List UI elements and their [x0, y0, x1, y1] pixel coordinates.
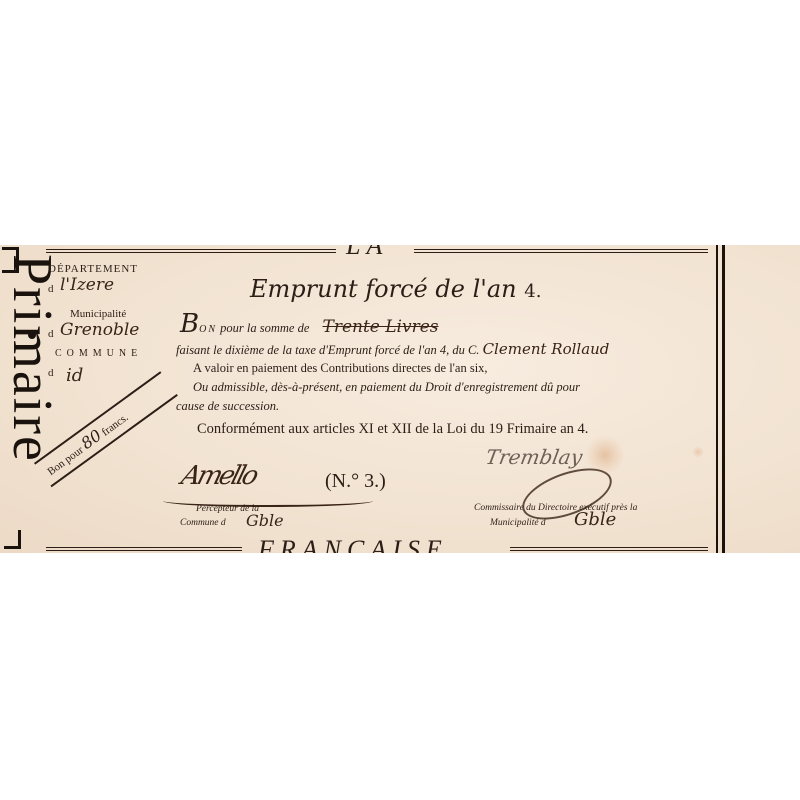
- bond-title-text: Emprunt forcé de l'an: [250, 275, 517, 303]
- commissaire-location: Gble: [574, 509, 616, 530]
- top-rule-right: [414, 249, 708, 253]
- commissaire-signature: Tremblay: [484, 445, 584, 469]
- bond-title-year: 4.: [524, 281, 541, 302]
- taxe-line: faisant le dixième de la taxe d'Emprunt …: [176, 340, 609, 358]
- municipalite-value: Grenoble: [60, 320, 139, 340]
- commissaire-municipalite-label: Municipalité d: [490, 518, 546, 528]
- somme-value: Trente Livres: [323, 317, 439, 337]
- percepteur-signature: Amello: [178, 461, 259, 491]
- departement-label: DÉPARTEMENT: [48, 263, 138, 275]
- departement-value: l'Izere: [60, 275, 114, 295]
- bond-number: (N.° 3.): [325, 470, 386, 493]
- stub-text: Primaire: [13, 254, 51, 553]
- taxe-text: faisant le dixième de la taxe d'Emprunt …: [176, 343, 479, 357]
- commune-label: COMMUNE: [55, 348, 142, 359]
- municipalite-prefix: d: [48, 328, 54, 340]
- bond-document: Primaire LA FRANÇAISE DÉPARTEMENT d l'Iz…: [0, 245, 800, 553]
- bottom-rule-right: [510, 547, 708, 551]
- bon-initial: B: [180, 309, 199, 339]
- bond-title: Emprunt forcé de l'an 4.: [250, 275, 541, 303]
- right-border-inner: [716, 245, 718, 553]
- percepteur-location: Gble: [246, 511, 284, 530]
- municipalite-label: Municipalité: [70, 308, 126, 320]
- percepteur-signature-flourish: [163, 495, 373, 507]
- stamp-prefix: Bon pour: [45, 444, 85, 478]
- right-border-outer: [722, 245, 725, 553]
- top-banner-word: LA: [346, 245, 388, 261]
- somme-text: pour la somme de: [220, 321, 309, 335]
- top-rule-left: [46, 249, 336, 253]
- admissible-line: Ou admissible, dès-à-présent, en paiemen…: [193, 380, 580, 395]
- bottom-banner-word: FRANÇAISE: [258, 535, 448, 553]
- bottom-rule-left: [46, 547, 242, 551]
- succession-line: cause de succession.: [176, 399, 279, 414]
- bon-rest: ON: [199, 324, 217, 335]
- citizen-name: Clement Rollaud: [483, 340, 610, 358]
- stub-edge-mark: [4, 530, 21, 549]
- conformement-line: Conformément aux articles XI et XII de l…: [197, 421, 588, 438]
- bon-line: BON pour la somme de Trente Livres: [180, 309, 439, 339]
- commune-prefix: d: [48, 367, 54, 379]
- contributions-line: A valoir en paiement des Contributions d…: [193, 361, 488, 376]
- commune-value: id: [66, 365, 83, 386]
- stamp-suffix: francs.: [100, 412, 131, 439]
- percepteur-commune-label: Commune d: [180, 518, 226, 528]
- departement-prefix: d: [48, 283, 54, 295]
